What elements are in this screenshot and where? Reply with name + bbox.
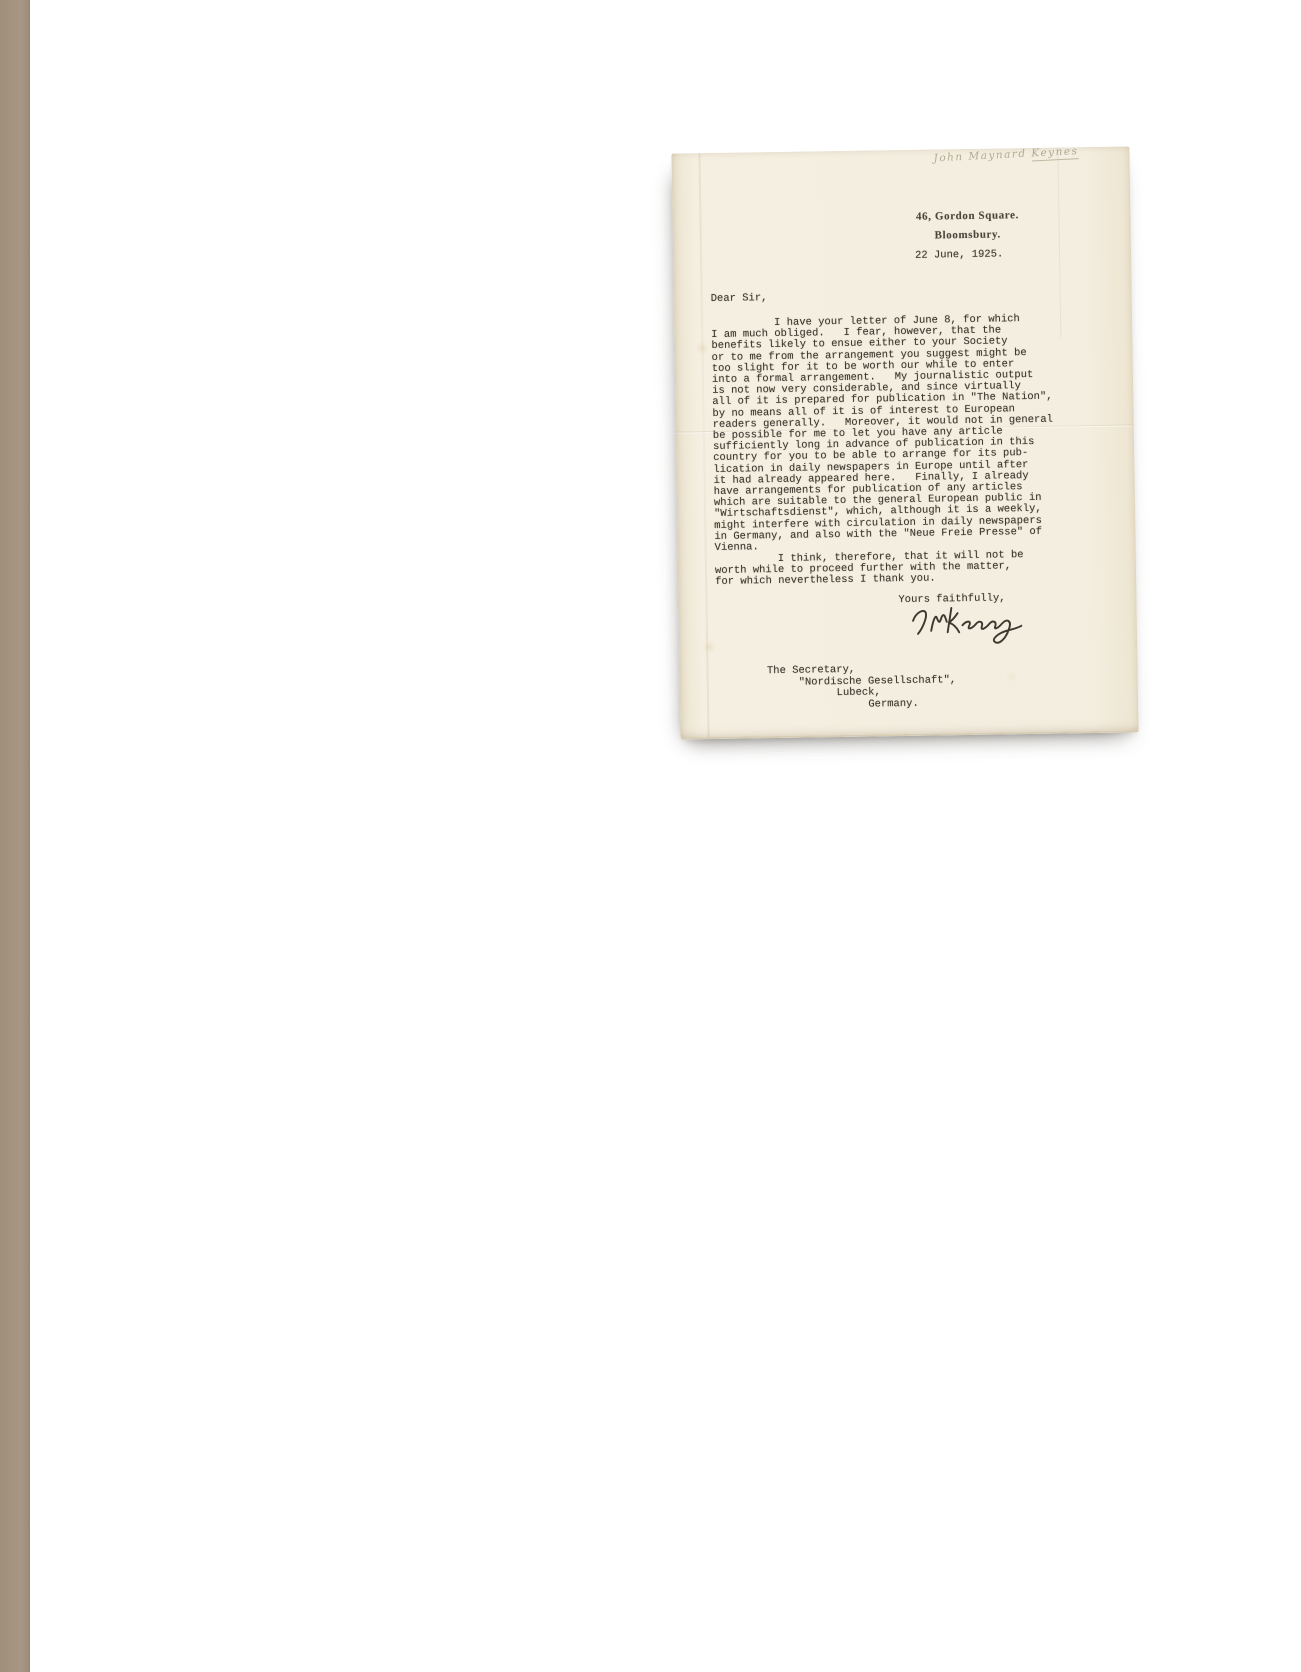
keynes-signature-ink xyxy=(905,596,1024,654)
typed-line: Bloomsbury. xyxy=(913,225,1023,246)
pencil-annotation: John Maynard Keynes xyxy=(933,144,1103,165)
pencil-annotation-underlined-word: Keynes xyxy=(1031,145,1079,161)
letterhead-address: 46, Gordon Square.Bloomsbury. xyxy=(912,206,1023,246)
signature-stroke-eynes xyxy=(962,617,1024,646)
letter-date: 22 June, 1925. xyxy=(915,249,1003,262)
letter-paper: John Maynard Keynes 46, Gordon Square.Bl… xyxy=(671,146,1138,739)
signature-stroke-m xyxy=(930,615,947,631)
signature-stroke-k xyxy=(946,607,960,633)
signature-stroke-j xyxy=(912,611,927,635)
typed-line: for which nevertheless I thank you. xyxy=(715,573,1024,589)
typed-line: 46, Gordon Square. xyxy=(912,206,1022,227)
body-paragraph-1: I have your letter of June 8, for whichI… xyxy=(711,314,1055,555)
body-paragraph-2: I think, therefore, that it will not bew… xyxy=(715,550,1024,588)
fold-crease-vertical-right xyxy=(1057,148,1061,338)
pencil-annotation-text: John Maynard xyxy=(933,148,1031,165)
page-margin-stripe xyxy=(0,0,30,1672)
recipient-address-block: The Secretary, "Nordische Gesellschaft",… xyxy=(716,663,956,714)
typed-line: Germany. xyxy=(717,698,957,713)
salutation: Dear Sir, xyxy=(711,293,768,305)
fold-crease-vertical-left xyxy=(698,153,709,737)
